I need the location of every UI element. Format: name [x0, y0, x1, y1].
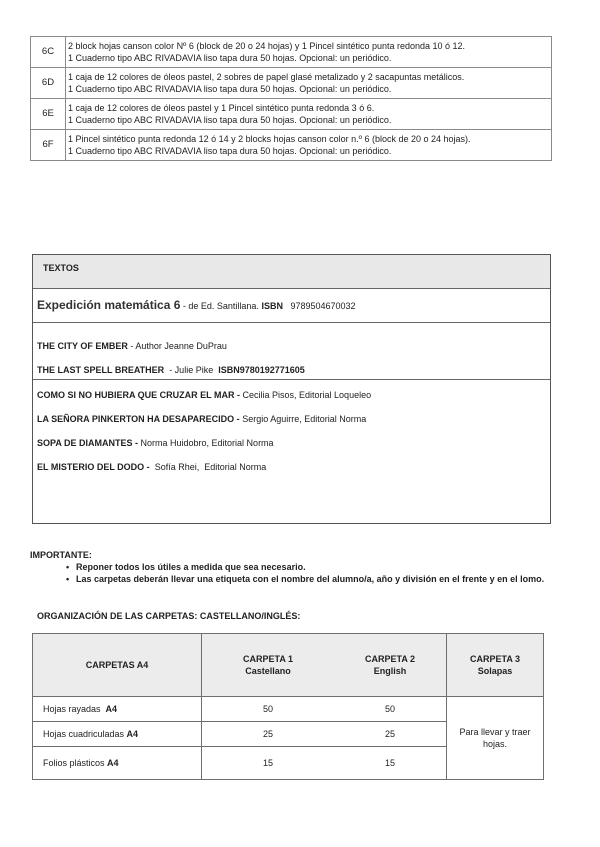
book-item: COMO SI NO HUBIERA QUE CRUZAR EL MAR - C…	[37, 389, 550, 401]
spanish-books: COMO SI NO HUBIERA QUE CRUZAR EL MAR - C…	[33, 380, 550, 473]
row-label-bold: A4	[107, 758, 119, 768]
row-value-c2: 50	[334, 697, 447, 722]
row-label-bold: A4	[106, 704, 118, 714]
row-description: 1 caja de 12 colores de óleos pastel, 2 …	[66, 68, 552, 99]
row-value-c1: 25	[202, 722, 335, 747]
header-carpeta-2: CARPETA 2English	[334, 634, 447, 697]
importante-bullet: Reponer todos los útiles a medida que se…	[66, 561, 570, 573]
book-detail: Sofía Rhei, Editorial Norma	[152, 462, 266, 472]
book-detail: Norma Huidobro, Editorial Norma	[141, 438, 274, 448]
organizacion-title: ORGANIZACIÓN DE LAS CARPETAS: CASTELLANO…	[37, 611, 300, 621]
importante-bullet: Las carpetas deberán llevar una etiqueta…	[66, 573, 570, 585]
header-carpeta-3: CARPETA 3Solapas	[447, 634, 544, 697]
row-value-c1: 15	[202, 747, 335, 780]
header-line-2: English	[335, 665, 445, 677]
supplies-table: 6C 2 block hojas canson color Nº 6 (bloc…	[30, 36, 552, 161]
header-carpetas-a4: CARPETAS A4	[33, 634, 202, 697]
row-value-c1: 50	[202, 697, 335, 722]
carpetas-table: CARPETAS A4 CARPETA 1Castellano CARPETA …	[32, 633, 544, 780]
row-line-1: 1 caja de 12 colores de óleos pastel, 2 …	[68, 71, 549, 83]
row-line-1: 1 caja de 12 colores de óleos pastel y 1…	[68, 102, 549, 114]
book-title: LA SEÑORA PINKERTON HA DESAPARECIDO -	[37, 414, 242, 424]
importante-section: IMPORTANTE: Reponer todos los útiles a m…	[30, 549, 570, 585]
book-title: SOPA DE DIAMANTES -	[37, 438, 141, 448]
table-row: 6D 1 caja de 12 colores de óleos pastel,…	[31, 68, 552, 99]
table-header-row: CARPETAS A4 CARPETA 1Castellano CARPETA …	[33, 634, 544, 697]
row-label-text: Hojas rayadas	[43, 704, 106, 714]
book-item: SOPA DE DIAMANTES - Norma Huidobro, Edit…	[37, 437, 550, 449]
row-line-1: 2 block hojas canson color Nº 6 (block d…	[68, 40, 549, 52]
row-code: 6C	[31, 37, 66, 68]
row-label: Folios plásticos A4	[33, 747, 202, 780]
book-title: COMO SI NO HUBIERA QUE CRUZAR EL MAR -	[37, 390, 243, 400]
book-item: LA SEÑORA PINKERTON HA DESAPARECIDO - Se…	[37, 413, 550, 425]
book-detail: Sergio Aguirre, Editorial Norma	[242, 414, 366, 424]
math-book-isbn-label: ISBN	[261, 301, 283, 311]
carpeta-3-note: Para llevar y traer hojas.	[447, 697, 544, 780]
header-line-1: CARPETA 1	[203, 653, 333, 665]
math-book-isbn: 9789504670032	[283, 301, 356, 311]
row-line-2: 1 Cuaderno tipo ABC RIVADAVIA liso tapa …	[68, 114, 549, 126]
book-detail: - Julie Pike	[167, 365, 219, 375]
math-book-title: Expedición matemática 6	[37, 298, 180, 312]
row-line-1: 1 Pincel sintético punta redonda 12 ó 14…	[68, 133, 549, 145]
row-value-c2: 25	[334, 722, 447, 747]
row-line-2: 1 Cuaderno tipo ABC RIVADAVIA liso tapa …	[68, 83, 549, 95]
header-line-2: Castellano	[203, 665, 333, 677]
table-row: 6F 1 Pincel sintético punta redonda 12 ó…	[31, 130, 552, 161]
book-item: EL MISTERIO DEL DODO - Sofía Rhei, Edito…	[37, 461, 550, 473]
book-title: EL MISTERIO DEL DODO -	[37, 462, 152, 472]
header-line-1: CARPETA 2	[335, 653, 445, 665]
textos-header: TEXTOS	[33, 255, 550, 289]
book-detail: - Author Jeanne DuPrau	[128, 341, 227, 351]
row-line-2: 1 Cuaderno tipo ABC RIVADAVIA liso tapa …	[68, 145, 549, 157]
row-label-bold: A4	[127, 729, 139, 739]
table-row: 6E 1 caja de 12 colores de óleos pastel …	[31, 99, 552, 130]
row-label: Hojas rayadas A4	[33, 697, 202, 722]
row-label-text: Folios plásticos	[43, 758, 107, 768]
book-detail: Cecilia Pisos, Editorial Loqueleo	[243, 390, 372, 400]
row-label: Hojas cuadriculadas A4	[33, 722, 202, 747]
book-title: THE CITY OF EMBER	[37, 341, 128, 351]
header-carpeta-1: CARPETA 1Castellano	[202, 634, 335, 697]
table-row: 6C 2 block hojas canson color Nº 6 (bloc…	[31, 37, 552, 68]
header-line-2: Solapas	[448, 665, 542, 677]
row-description: 1 caja de 12 colores de óleos pastel y 1…	[66, 99, 552, 130]
row-label-text: Hojas cuadriculadas	[43, 729, 127, 739]
book-item: THE CITY OF EMBER - Author Jeanne DuPrau	[37, 340, 550, 352]
textos-box: TEXTOS Expedición matemática 6 - de Ed. …	[32, 254, 551, 524]
english-books: THE CITY OF EMBER - Author Jeanne DuPrau…	[33, 323, 550, 380]
book-title: THE LAST SPELL BREATHER	[37, 365, 167, 375]
row-code: 6F	[31, 130, 66, 161]
row-description: 2 block hojas canson color Nº 6 (block d…	[66, 37, 552, 68]
header-line-1: CARPETA 3	[448, 653, 542, 665]
row-code: 6E	[31, 99, 66, 130]
row-code: 6D	[31, 68, 66, 99]
book-isbn: ISBN9780192771605	[218, 365, 305, 375]
importante-list: Reponer todos los útiles a medida que se…	[30, 561, 570, 585]
importante-title: IMPORTANTE:	[30, 549, 570, 561]
book-item: THE LAST SPELL BREATHER - Julie Pike ISB…	[37, 364, 550, 376]
row-description: 1 Pincel sintético punta redonda 12 ó 14…	[66, 130, 552, 161]
table-row: Hojas rayadas A4 50 50 Para llevar y tra…	[33, 697, 544, 722]
row-value-c2: 15	[334, 747, 447, 780]
math-book-publisher: - de Ed. Santillana.	[180, 301, 261, 311]
row-line-2: 1 Cuaderno tipo ABC RIVADAVIA liso tapa …	[68, 52, 549, 64]
math-book: Expedición matemática 6 - de Ed. Santill…	[33, 289, 550, 323]
